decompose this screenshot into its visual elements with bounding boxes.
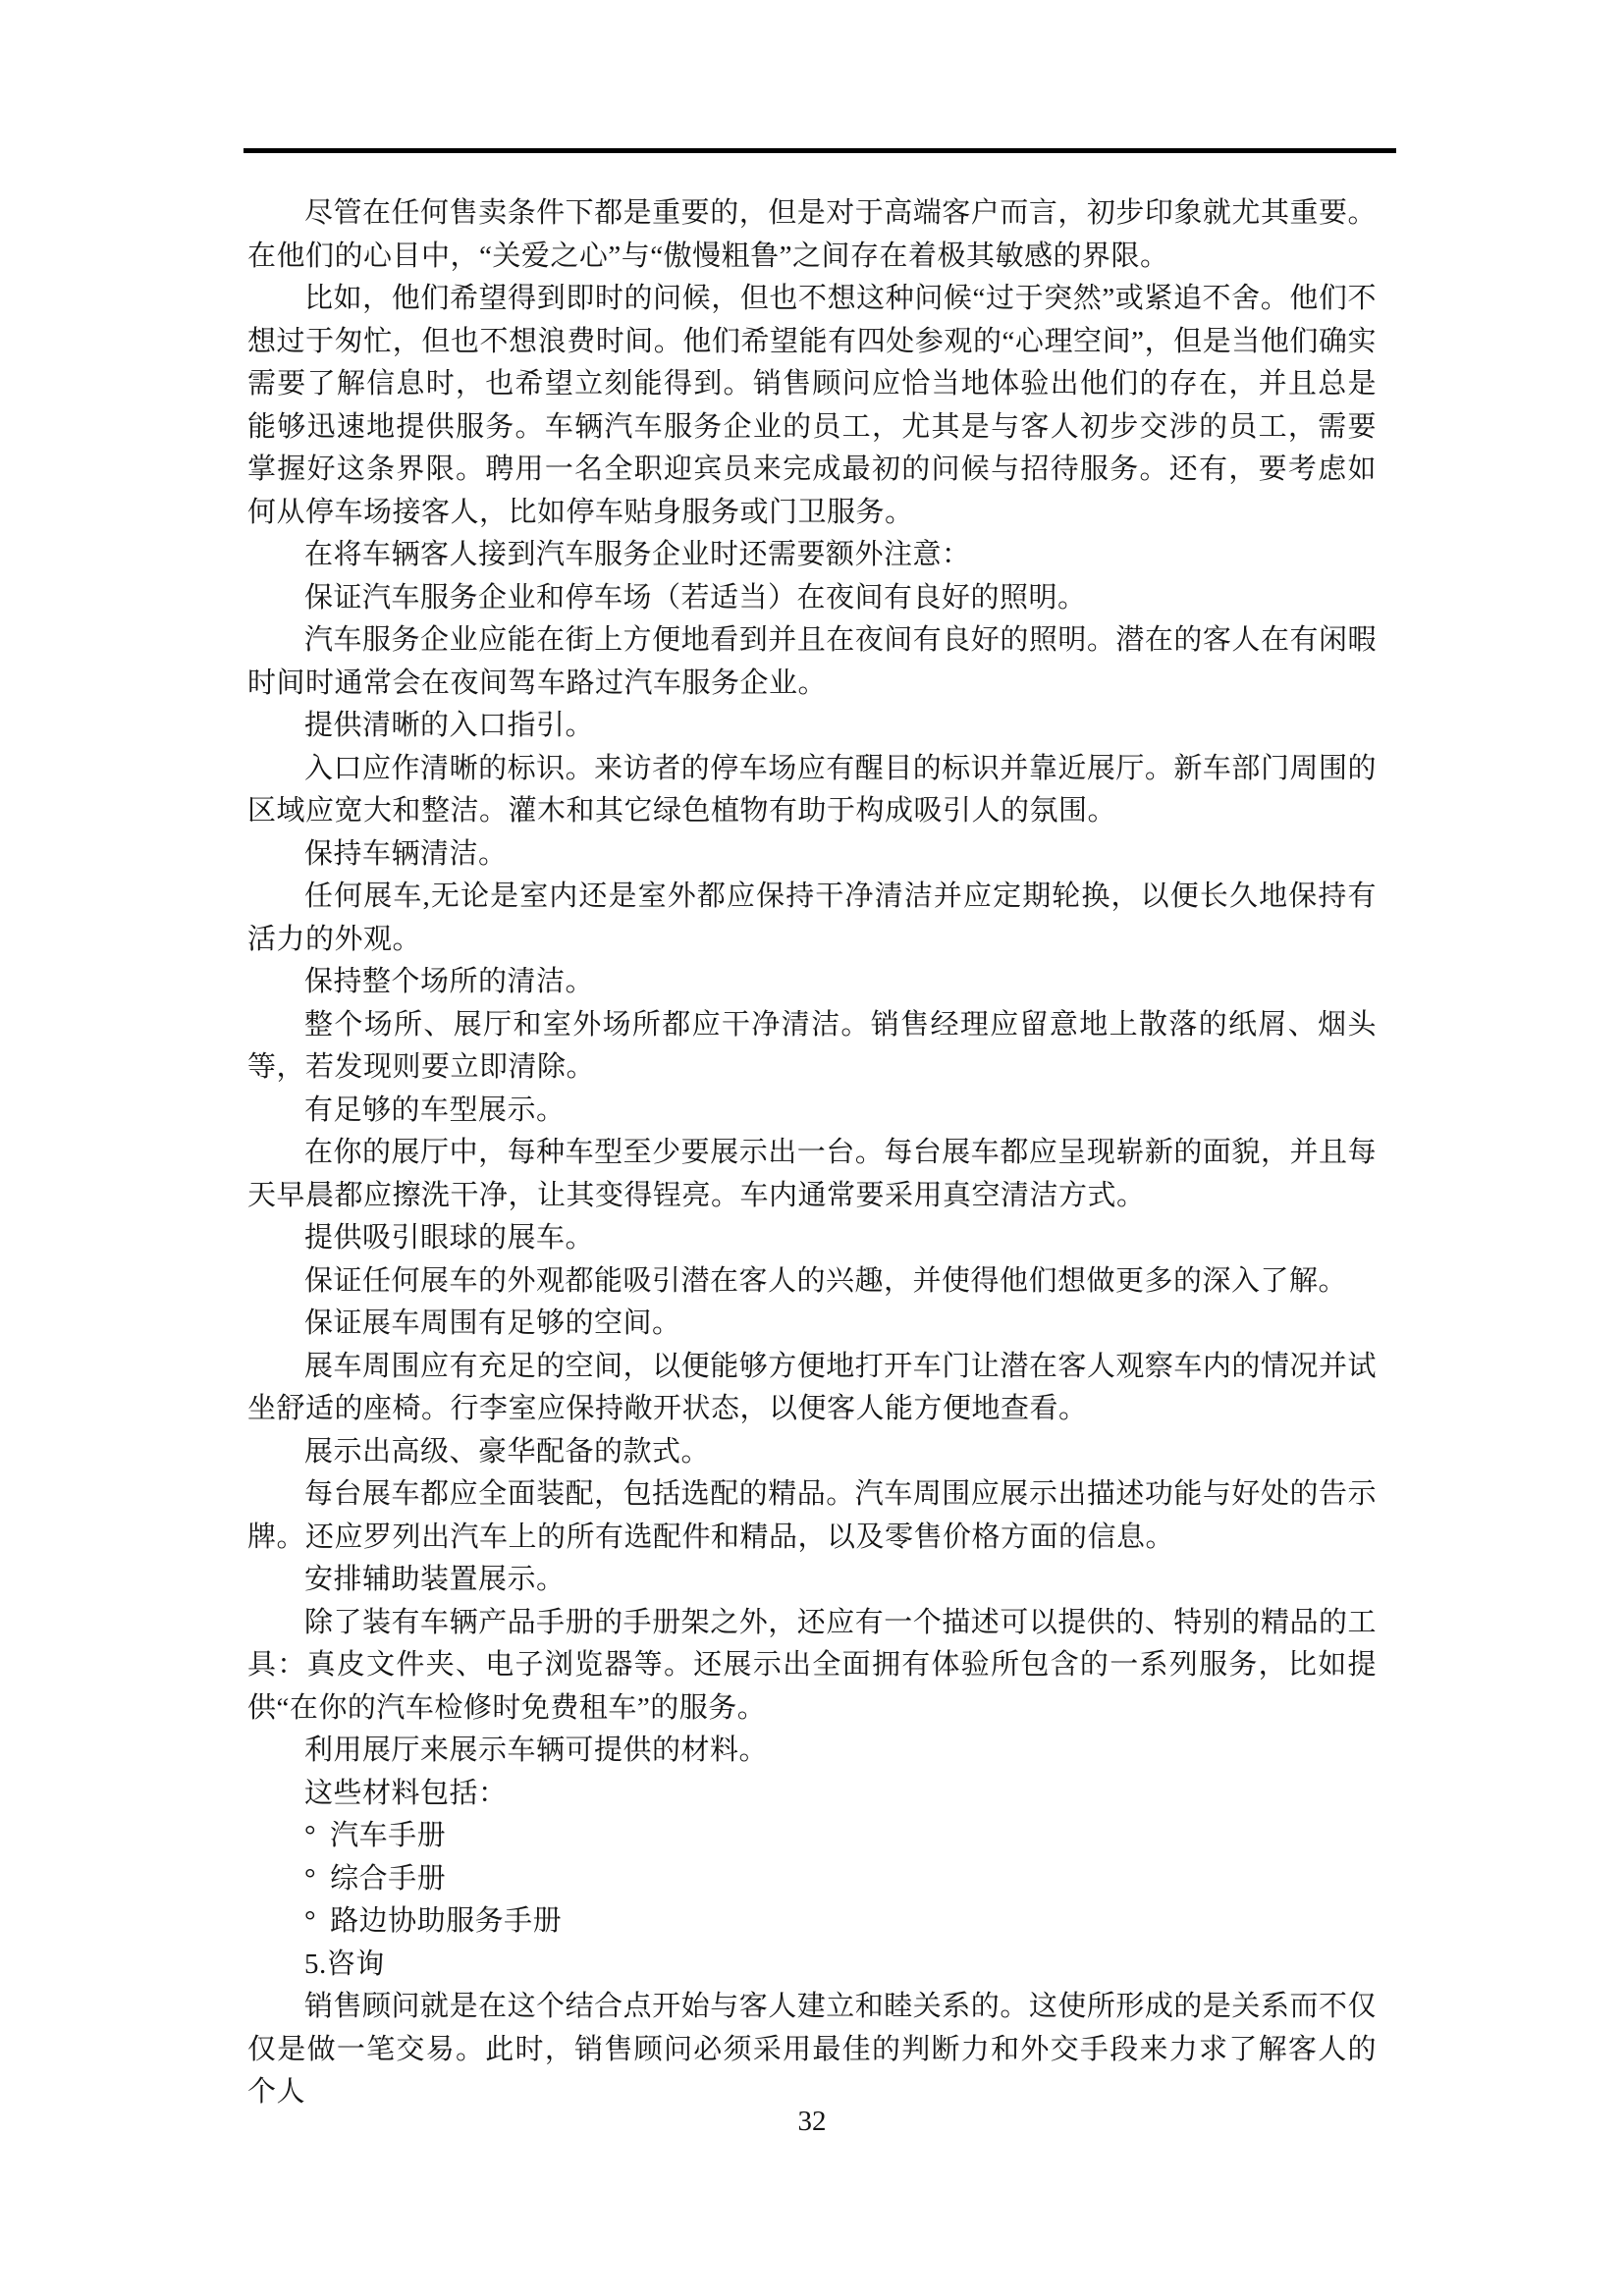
- paragraph: 销售顾问就是在这个结合点开始与客人建立和睦关系的。这使所形成的是关系而不仅仅是做…: [247, 1986, 1377, 2114]
- paragraph: 在将车辆客人接到汽车服务企业时还需要额外注意：: [247, 534, 1377, 577]
- paragraph: 有足够的车型展示。: [247, 1090, 1377, 1133]
- paragraph: 保持车辆清洁。: [247, 833, 1377, 877]
- bullet-list-item: ° 综合手册: [247, 1858, 1377, 1901]
- paragraph: 展车周围应有充足的空间，以便能够方便地打开车门让潜在客人观察车内的情况并试坐舒适…: [247, 1346, 1377, 1431]
- bullet-list-item: ° 汽车手册: [247, 1815, 1377, 1858]
- document-page: 尽管在任何售卖条件下都是重要的，但是对于高端客户而言，初步印象就尤其重要。在他们…: [0, 0, 1624, 2296]
- paragraph: 汽车服务企业应能在街上方便地看到并且在夜间有良好的照明。潜在的客人在有闲暇时间时…: [247, 619, 1377, 705]
- paragraph: 保证汽车服务企业和停车场（若适当）在夜间有良好的照明。: [247, 577, 1377, 620]
- paragraph: 保证展车周围有足够的空间。: [247, 1303, 1377, 1346]
- bullet-icon: °: [304, 1863, 330, 1895]
- paragraph: 每台展车都应全面装配，包括选配的精品。汽车周围应展示出描述功能与好处的告示牌。还…: [247, 1473, 1377, 1559]
- paragraph: 这些材料包括：: [247, 1773, 1377, 1816]
- paragraph: 保证任何展车的外观都能吸引潜在客人的兴趣，并使得他们想做更多的深入了解。: [247, 1260, 1377, 1304]
- paragraph: 比如，他们希望得到即时的问候，但也不想这种问候“过于突然”或紧追不舍。他们不想过…: [247, 278, 1377, 534]
- paragraph: 5.咨询: [247, 1944, 1377, 1987]
- document-body: 尽管在任何售卖条件下都是重要的，但是对于高端客户而言，初步印象就尤其重要。在他们…: [247, 192, 1377, 2114]
- bullet-item-label: 综合手册: [330, 1863, 446, 1895]
- paragraph: 展示出高级、豪华配备的款式。: [247, 1431, 1377, 1474]
- paragraph: 整个场所、展厅和室外场所都应干净清洁。销售经理应留意地上散落的纸屑、烟头等，若发…: [247, 1004, 1377, 1090]
- bullet-item-label: 路边协助服务手册: [330, 1905, 562, 1937]
- bullet-list-item: ° 路边协助服务手册: [247, 1900, 1377, 1944]
- bullet-icon: °: [304, 1905, 330, 1937]
- paragraph: 提供吸引眼球的展车。: [247, 1217, 1377, 1260]
- paragraph: 利用展厅来展示车辆可提供的材料。: [247, 1730, 1377, 1773]
- bullet-item-label: 汽车手册: [330, 1820, 446, 1851]
- bullet-icon: °: [304, 1820, 330, 1851]
- header-rule: [244, 148, 1396, 153]
- paragraph: 提供清晰的入口指引。: [247, 705, 1377, 748]
- paragraph: 任何展车,无论是室内还是室外都应保持干净清洁并应定期轮换，以便长久地保持有活力的…: [247, 876, 1377, 961]
- paragraph: 除了装有车辆产品手册的手册架之外，还应有一个描述可以提供的、特别的精品的工具：真…: [247, 1602, 1377, 1731]
- page-number: 32: [0, 2104, 1624, 2139]
- paragraph: 保持整个场所的清洁。: [247, 961, 1377, 1004]
- paragraph: 入口应作清晰的标识。来访者的停车场应有醒目的标识并靠近展厅。新车部门周围的区域应…: [247, 748, 1377, 833]
- paragraph: 安排辅助装置展示。: [247, 1559, 1377, 1602]
- paragraph: 在你的展厅中，每种车型至少要展示出一台。每台展车都应呈现崭新的面貌，并且每天早晨…: [247, 1132, 1377, 1217]
- paragraph: 尽管在任何售卖条件下都是重要的，但是对于高端客户而言，初步印象就尤其重要。在他们…: [247, 192, 1377, 278]
